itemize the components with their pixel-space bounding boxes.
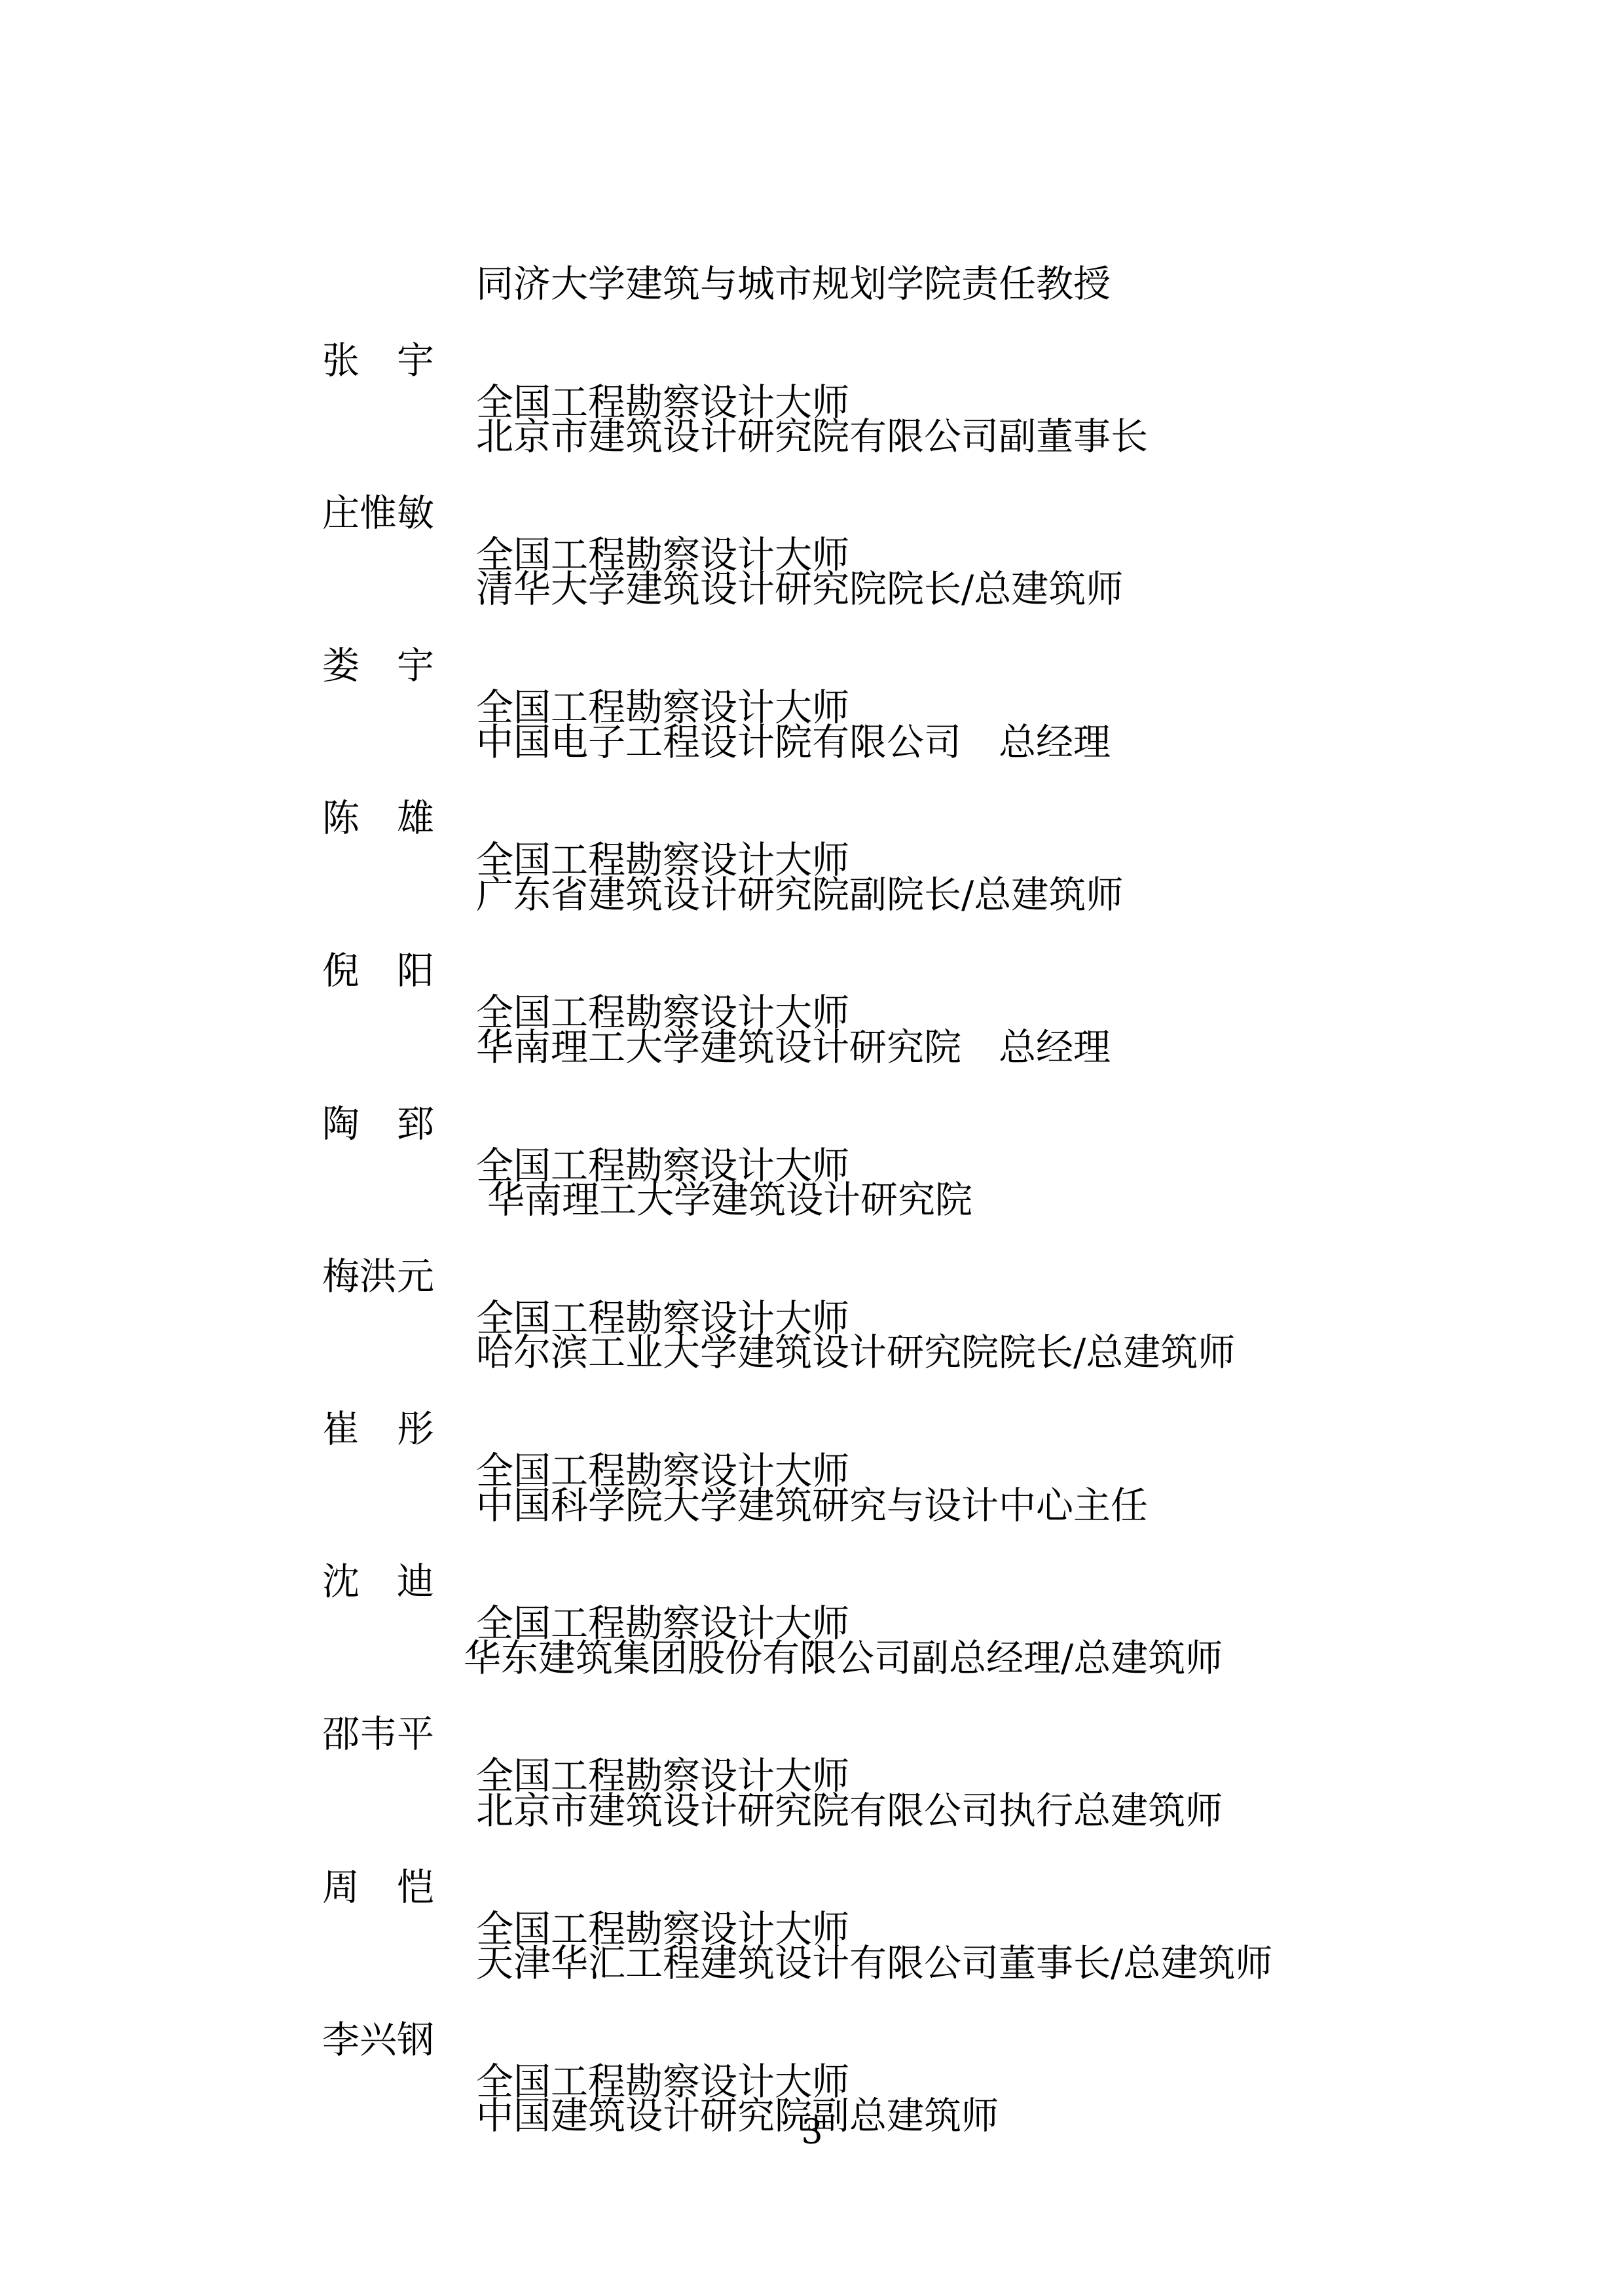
text-line: 天津华汇工程建筑设计有限公司董事长/总建筑师 — [0, 1901, 1624, 1946]
text-line: 中国电子工程设计院有限公司 总经理 — [0, 680, 1624, 725]
text-line: 华东建筑集团股份有限公司副总经理/总建筑师 — [0, 1595, 1624, 1641]
text-line: 北京市建筑设计研究院有限公司副董事长 — [0, 374, 1624, 420]
text-line: 梅洪元 全国工程勘察设计大师 — [0, 1214, 1624, 1260]
text-line: 华南理工大学建筑设计研究院 总经理 — [0, 985, 1624, 1030]
page-number: 3 — [0, 2111, 1624, 2157]
text-line: 陈 雄 全国工程勘察设计大师 — [0, 756, 1624, 801]
document-page: 同济大学建筑与城市规划学院责任教授 张 宇 全国工程勘察设计大师 北京市建筑设计… — [0, 0, 1624, 2296]
text-line: 庄惟敏 全国工程勘察设计大师 — [0, 450, 1624, 496]
text-line: 同济大学建筑与城市规划学院责任教授 — [0, 221, 1624, 267]
text-line: 李兴钢 全国工程勘察设计大师 — [0, 1977, 1624, 2023]
text-line: 广东省建筑设计研究院副院长/总建筑师 — [0, 832, 1624, 878]
text-line: 娄 宇 全国工程勘察设计大师 — [0, 603, 1624, 649]
text-line: 崔 彤 全国工程勘察设计大师 — [0, 1366, 1624, 1412]
text-line: 哈尔滨工业大学建筑设计研究院院长/总建筑师 — [0, 1290, 1624, 1336]
text-line: 周 恺 全国工程勘察设计大师 — [0, 1825, 1624, 1870]
text-line: 张 宇 全国工程勘察设计大师 — [0, 298, 1624, 344]
text-line: 倪 阳 全国工程勘察设计大师 — [0, 908, 1624, 954]
text-line: 中国科学院大学建筑研究与设计中心主任 — [0, 1443, 1624, 1489]
text-line: 邵韦平 全国工程勘察设计大师 — [0, 1671, 1624, 1717]
text-line: 北京市建筑设计研究院有限公司执行总建筑师 — [0, 1748, 1624, 1794]
text-line: 沈 迪 全国工程勘察设计大师 — [0, 1519, 1624, 1565]
text-line: 清华大学建筑设计研究院院长/总建筑师 — [0, 526, 1624, 572]
text-line: 华南理工大学建筑设计研究院 — [0, 1137, 1624, 1183]
text-line: 陶 郅 全国工程勘察设计大师 — [0, 1061, 1624, 1107]
text-line: 中国建筑设计研究院副总建筑师 — [0, 2053, 1624, 2099]
